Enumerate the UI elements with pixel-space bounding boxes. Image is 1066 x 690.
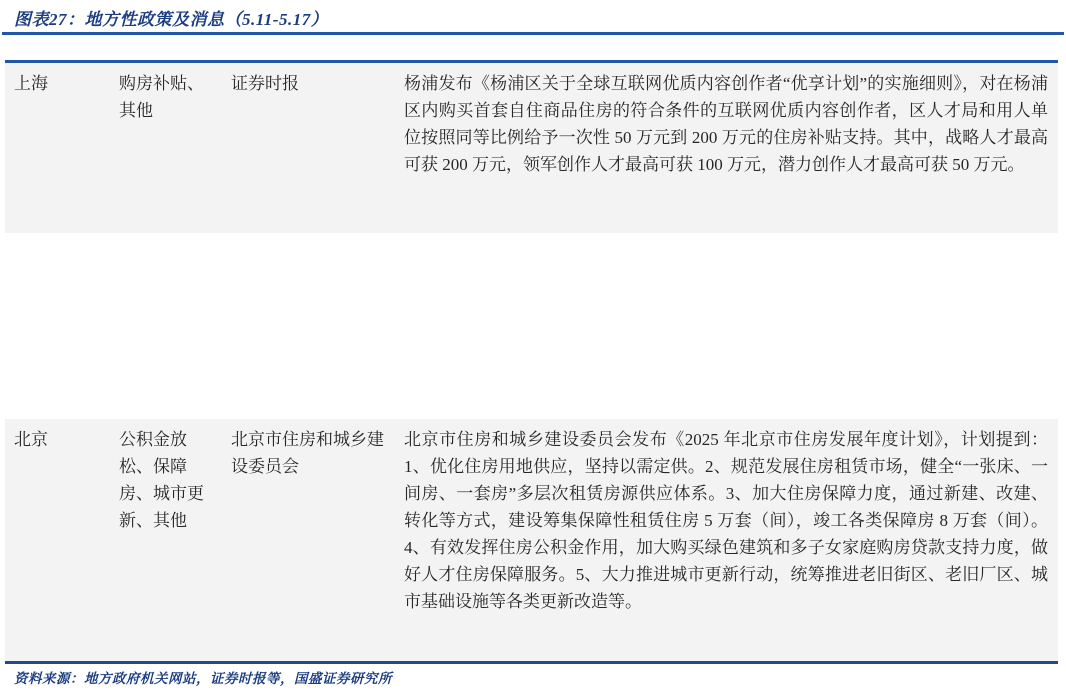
table-row: 上海 购房补贴、其他 证券时报 杨浦发布《杨浦区关于全球互联网优质内容创作者“优… xyxy=(5,63,1058,233)
cell-region: 上海 xyxy=(5,63,119,233)
cell-source: 北京市住房和城乡建设委员会 xyxy=(231,419,404,661)
cell-content: 北京市住房和城乡建设委员会发布《2025 年北京市住房发展年度计划》，计划提到：… xyxy=(404,419,1058,661)
title-underline-rule xyxy=(2,32,1064,35)
cell-source: 证券时报 xyxy=(231,63,404,233)
cell-content: 杨浦发布《杨浦区关于全球互联网优质内容创作者“优享计划”的实施细则》，对在杨浦区… xyxy=(404,63,1058,233)
figure-title: 图表27：地方性政策及消息（5.11-5.17） xyxy=(14,5,328,30)
cell-category: 公积金放松、保障房、城市更新、其他 xyxy=(119,419,231,661)
source-note: 资料来源：地方政府机关网站，证券时报等，国盛证券研究所 xyxy=(14,667,392,687)
cell-region: 北京 xyxy=(5,419,119,661)
cell-category: 购房补贴、其他 xyxy=(119,63,231,233)
policy-table: 上海 购房补贴、其他 证券时报 杨浦发布《杨浦区关于全球互联网优质内容创作者“优… xyxy=(5,60,1058,664)
row-spacer xyxy=(5,233,1058,419)
table-row: 北京 公积金放松、保障房、城市更新、其他 北京市住房和城乡建设委员会 北京市住房… xyxy=(5,419,1058,661)
